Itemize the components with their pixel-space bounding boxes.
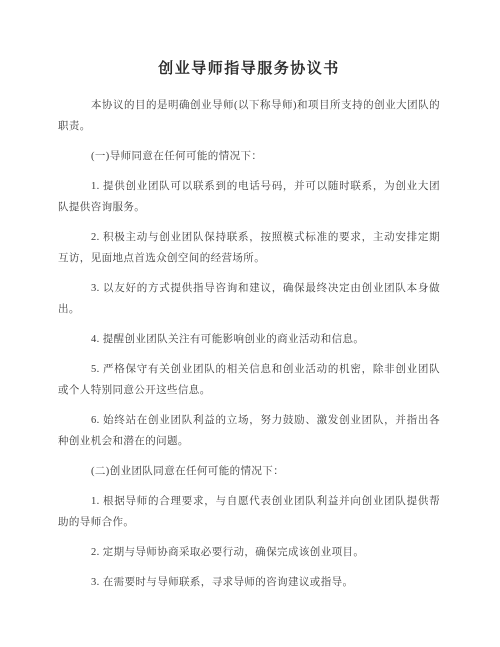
section-2-item-2: 2. 定期与导师协商采取必要行动，确保完成该创业项目。 [58, 542, 440, 563]
document-page: 创业导师指导服务协议书 本协议的目的是明确创业导师(以下称导师)和项目所支持的创… [0, 0, 500, 647]
section-1-item-4: 4. 提醒创业团队关注有可能影响创业的商业活动和信息。 [58, 329, 440, 350]
section-1-item-3: 3. 以友好的方式提供指导咨询和建议，确保最终决定由创业团队本身做出。 [58, 278, 440, 320]
section-2-item-3: 3. 在需要时与导师联系，寻求导师的咨询建议或指导。 [58, 572, 440, 593]
section-1-item-6: 6. 始终站在创业团队利益的立场，努力鼓励、激发创业团队，并指出各种创业机会和潜… [58, 410, 440, 452]
section-1-item-1: 1. 提供创业团队可以联系到的电话号码，并可以随时联系，为创业大团队提供咨询服务… [58, 176, 440, 218]
document-title: 创业导师指导服务协议书 [58, 57, 440, 81]
section-1-item-5: 5. 严格保守有关创业团队的相关信息和创业活动的机密，除非创业团队或个人特别同意… [58, 359, 440, 401]
section-2-heading: (二)创业团队同意在任何可能的情况下： [58, 461, 440, 482]
section-1-heading: (一)导师同意在任何可能的情况下： [58, 146, 440, 167]
intro-paragraph: 本协议的目的是明确创业导师(以下称导师)和项目所支持的创业大团队的职责。 [58, 95, 440, 137]
section-1-item-2: 2. 积极主动与创业团队保持联系，按照模式标准的要求，主动安排定期互访，见面地点… [58, 227, 440, 269]
section-2-item-1: 1. 根据导师的合理要求，与自愿代表创业团队利益并向创业团队提供帮助的导师合作。 [58, 491, 440, 533]
